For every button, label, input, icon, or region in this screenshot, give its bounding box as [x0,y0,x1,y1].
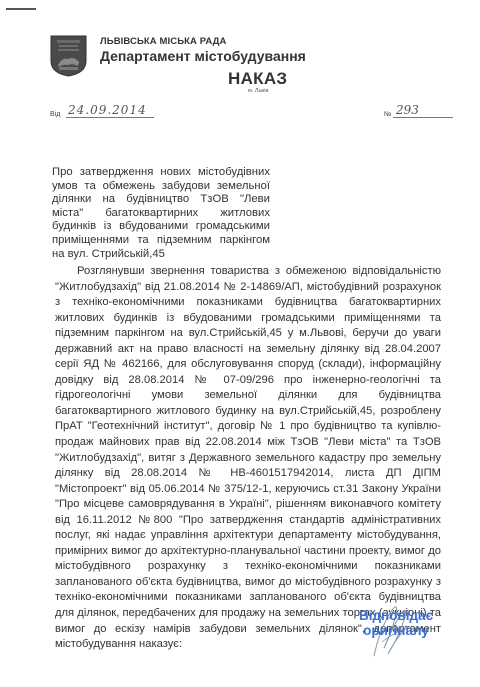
stamp-line-1: Відповідає [341,608,451,623]
organization-name: ЛЬВІВСЬКА МІСЬКА РАДА [100,36,226,47]
order-preamble: Розглянувши звернення товариства з обмеж… [55,264,441,653]
date-label: Від [50,111,60,118]
order-number-label: № [384,111,392,118]
scan-artifact-line [6,8,36,10]
department-name: Департамент містобудування [100,48,306,64]
order-subject: Про затвердження нових містобудівних умо… [52,166,270,261]
document-type-title: НАКАЗ [228,69,287,89]
order-number: 293 [393,103,453,118]
certification-stamp: Відповідає оригіналу [341,608,451,638]
order-date: 24.09.2014 [66,103,154,118]
lviv-coat-of-arms-icon [50,35,87,77]
stamp-line-2: оригіналу [341,623,451,638]
document-city: м. Львів [248,88,268,94]
